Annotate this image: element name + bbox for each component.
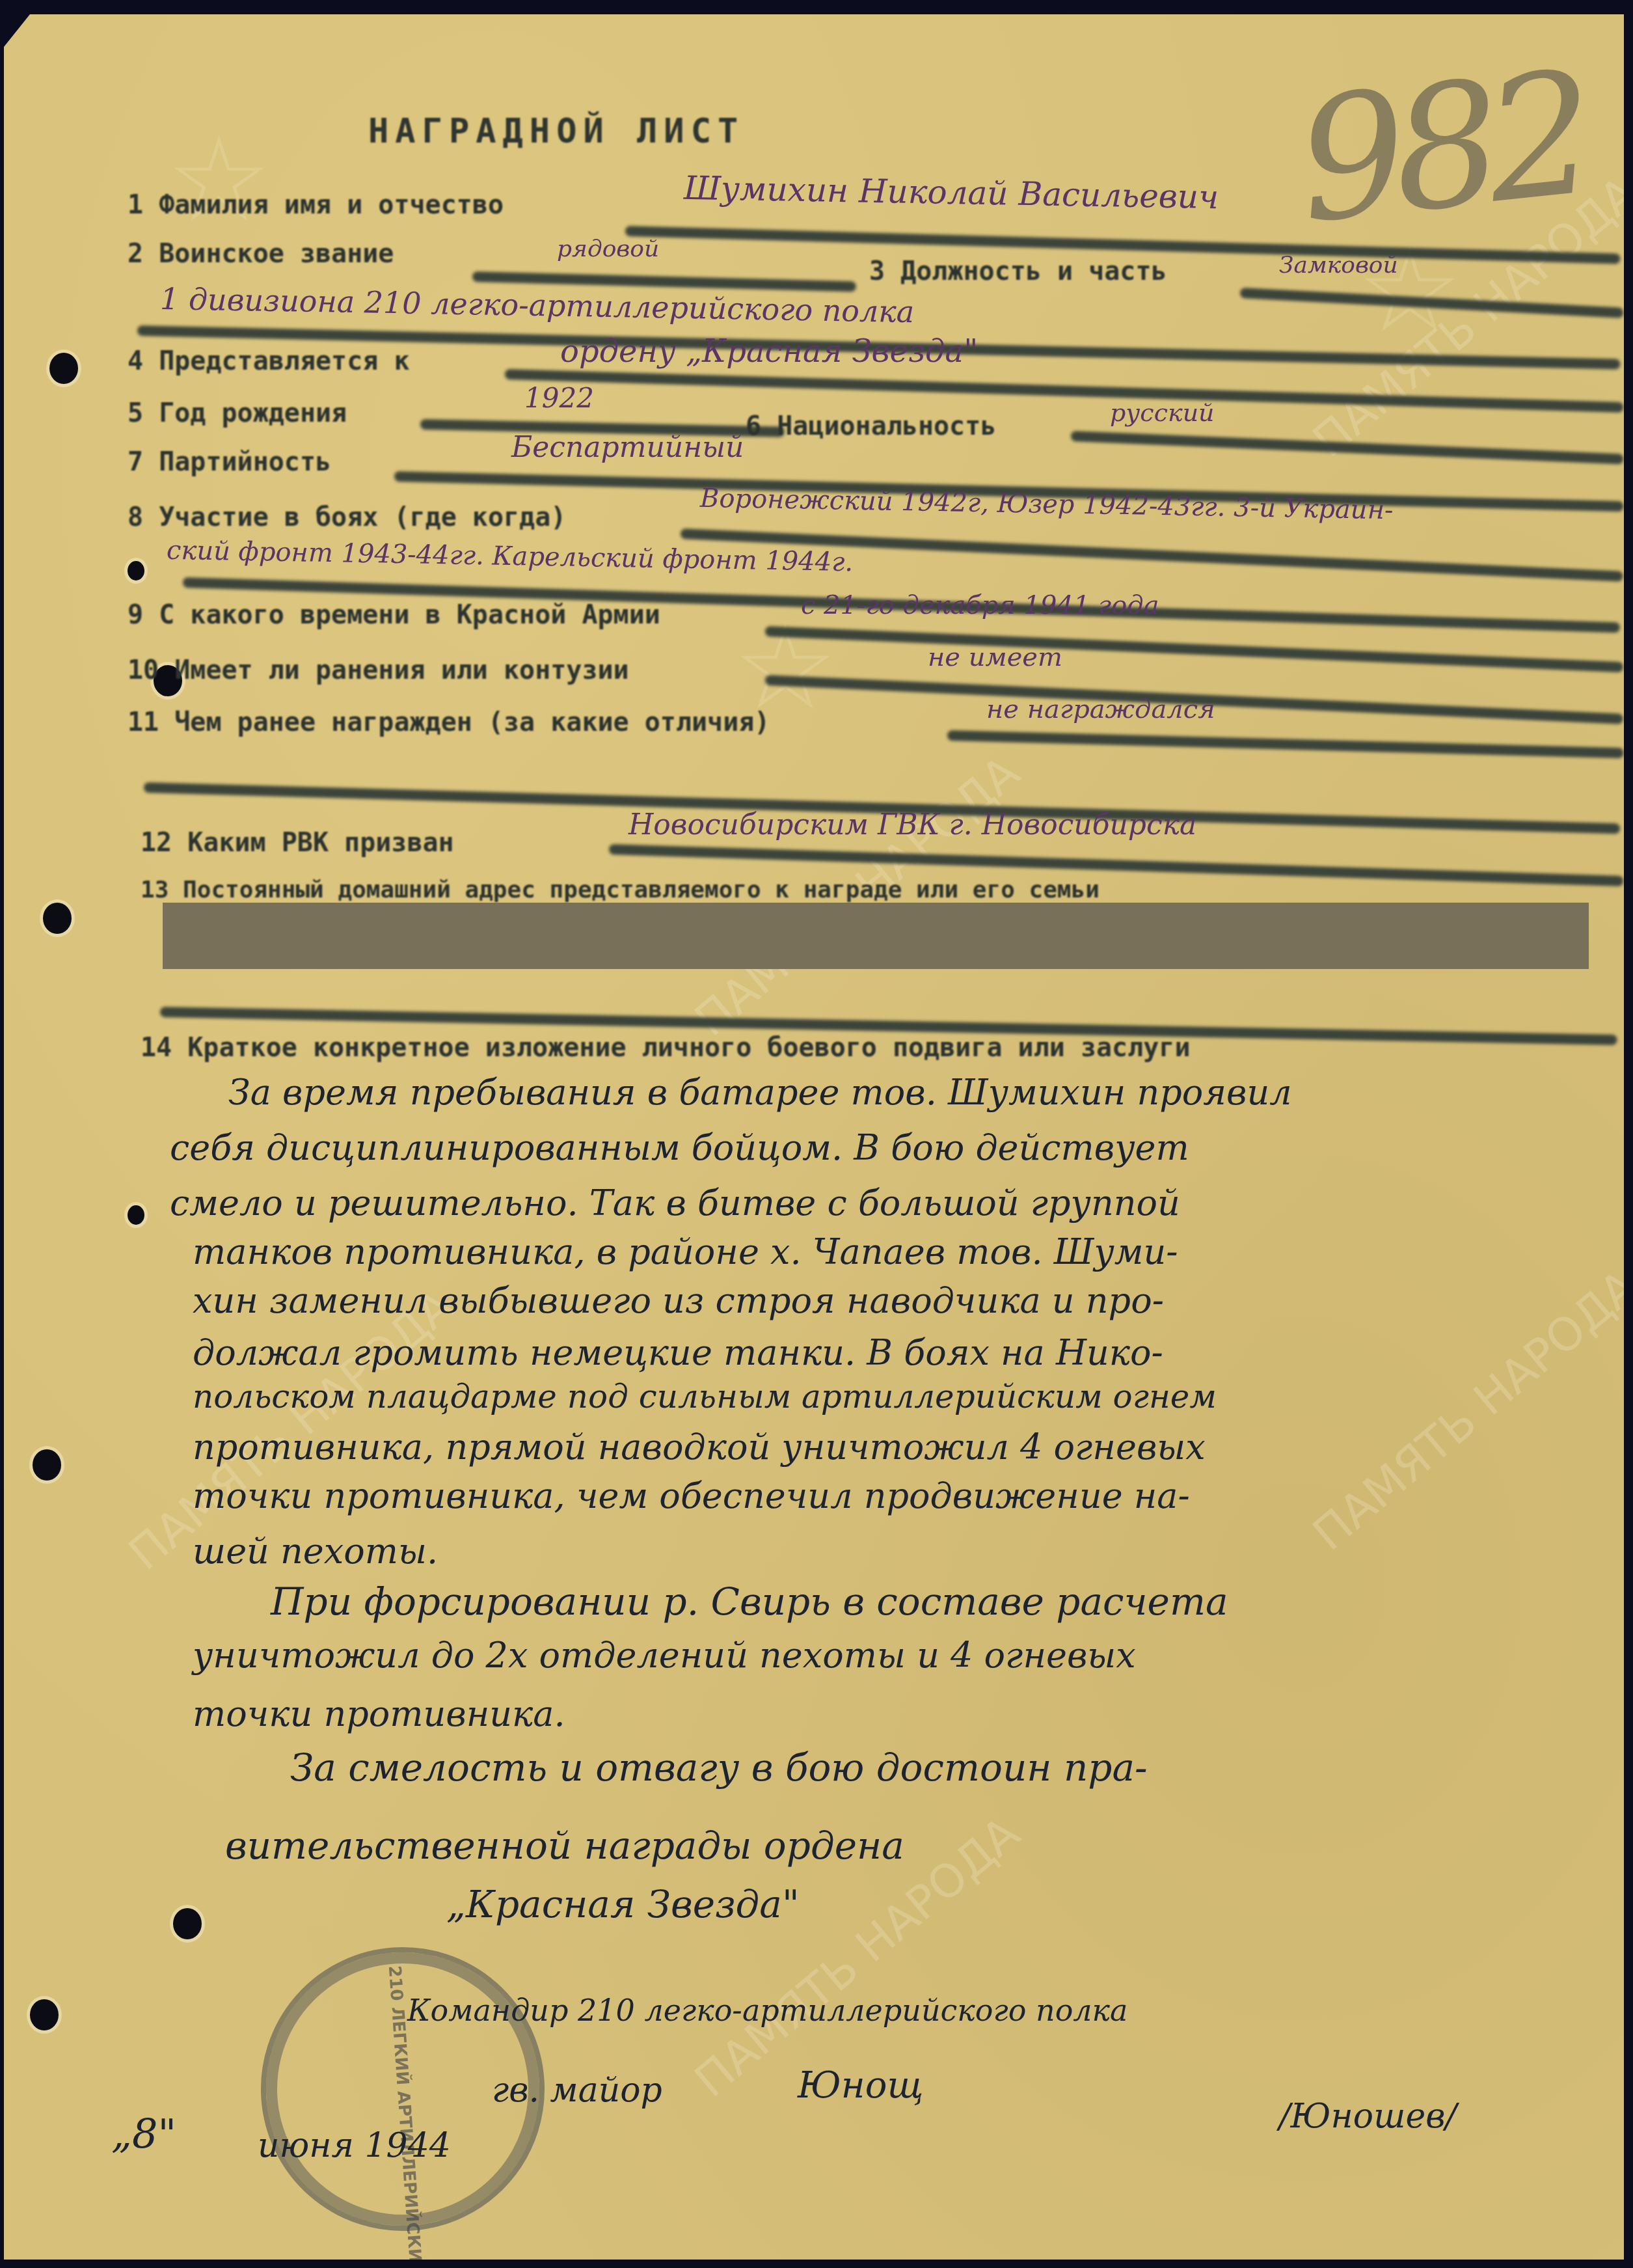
punch-hole [128,1205,144,1225]
narrative-line: польском плацдарме под сильным артиллери… [193,1378,1217,1415]
field-rule [765,626,1624,672]
field-value-rank: рядовой [557,236,659,262]
form-title: НАГРАДНОЙ ЛИСТ [368,112,744,151]
narrative-line: смело и решительно. Так в битве с большо… [170,1182,1180,1223]
date-day: „8" [111,2110,176,2157]
archive-number: 982 [1289,36,1591,261]
field-rule [947,730,1624,758]
punch-hole [49,353,78,384]
field-rule [1240,288,1624,318]
field-label-battles: 8 Участие в боях (где когда) [128,502,566,532]
narrative-line: противника, прямой наводкой уничтожил 4 … [193,1427,1206,1468]
punch-hole [33,1449,61,1481]
narrative-line: должал громить немецкие танки. В боях на… [193,1332,1163,1373]
signature-mark: Юнощ [798,2064,923,2107]
narrative-line: точки противника, чем обеспечил продвиже… [193,1475,1190,1516]
signatory-position: Командир 210 легко-артиллерийского полка [407,1993,1128,2028]
field-value-birth-year: 1922 [524,382,594,414]
narrative-line: шей пехоты. [193,1531,438,1572]
field-label-birth-year: 5 Год рождения [128,398,347,428]
watermark-star-icon: ☆ [167,112,271,248]
punch-hole [128,561,144,581]
signatory-rank: гв. майор [492,2071,662,2110]
field-value-drafted-by: Новосибирским ГВК г. Новосибирска [628,808,1196,841]
field-label-nationality: 6 Национальность [746,411,996,441]
field-value-full-name: Шумихин Николай Васильевич [684,169,1219,216]
field-value-nationality: русский [1110,398,1215,427]
narrative-line: точки противника. [193,1693,565,1734]
award-sheet-paper: ☆ ☆ ☆ ПАМЯТЬ НАРОДА ПАМЯТЬ НАРОДА ПАМЯТЬ… [4,14,1624,2260]
narrative-line: При форсировании р. Свирь в составе расч… [271,1579,1228,1624]
field-value-wounds: не имеет [928,642,1062,672]
field-value-nominated-for: ордену „Красная Звезда" [560,333,978,370]
field-value-party: Беспартийный [511,431,744,464]
narrative-line: вительственной награды ордена [225,1824,904,1868]
redacted-home-address [163,903,1589,969]
field-label-nominated-for: 4 Представляется к [128,346,410,376]
field-label-rank: 2 Воинское звание [128,239,394,269]
narrative-line: За время пребывания в батарее тов. Шумих… [228,1072,1292,1113]
punch-hole [43,903,72,934]
watermark-text: ПАМЯТЬ НАРОДА [1305,1263,1633,1558]
punch-hole [173,1908,202,1939]
field-label-wounds: 10 Имеет ли ранения или контузии [128,655,629,685]
field-value-battles: Воронежский 1942г, Юзер 1942-43гг. 3-й У… [700,484,1394,526]
field-label-position-unit: 3 Должность и часть [869,256,1167,286]
signatory-name: /Юношев/ [1279,2097,1457,2136]
field-value-army-since: с 21-го декабря 1941 года [801,590,1159,620]
field-label-prior-awards: 11 Чем ранее награжден (за какие отличия… [128,707,770,737]
field-label-drafted-by: 12 Каким РВК призван [141,828,454,858]
field-label-army-since: 9 С какого времени в Красной Армии [128,600,660,630]
narrative-line: танков противника, в районе х. Чапаев то… [193,1231,1178,1272]
narrative-line: „Красная Звезда" [446,1882,800,1926]
field-label-full-name: 1 Фамилия имя и отчество [128,190,504,220]
date-month-year: июня 1944 [258,2126,451,2165]
narrative-line: хин заменил выбывшего из строя наводчика… [193,1280,1164,1321]
field-value-prior-awards: не награждался [986,694,1215,724]
narrative-line: себя дисциплинированным бойцом. В бою де… [170,1127,1189,1168]
field-label-home-address: 13 Постоянный домашний адрес представляе… [141,877,1100,903]
field-rule [1071,431,1624,465]
narrative-line: За смелость и отвагу в бою достоин пра- [290,1745,1148,1790]
punch-hole [30,1999,59,2030]
narrative-line: уничтожил до 2х отделений пехоты и 4 огн… [193,1635,1136,1676]
field-value-position: Замковой [1279,252,1398,279]
field-label-party: 7 Партийность [128,447,331,477]
field-label-feat-description: 14 Краткое конкретное изложение личного … [141,1033,1191,1063]
field-rule [505,369,1624,413]
